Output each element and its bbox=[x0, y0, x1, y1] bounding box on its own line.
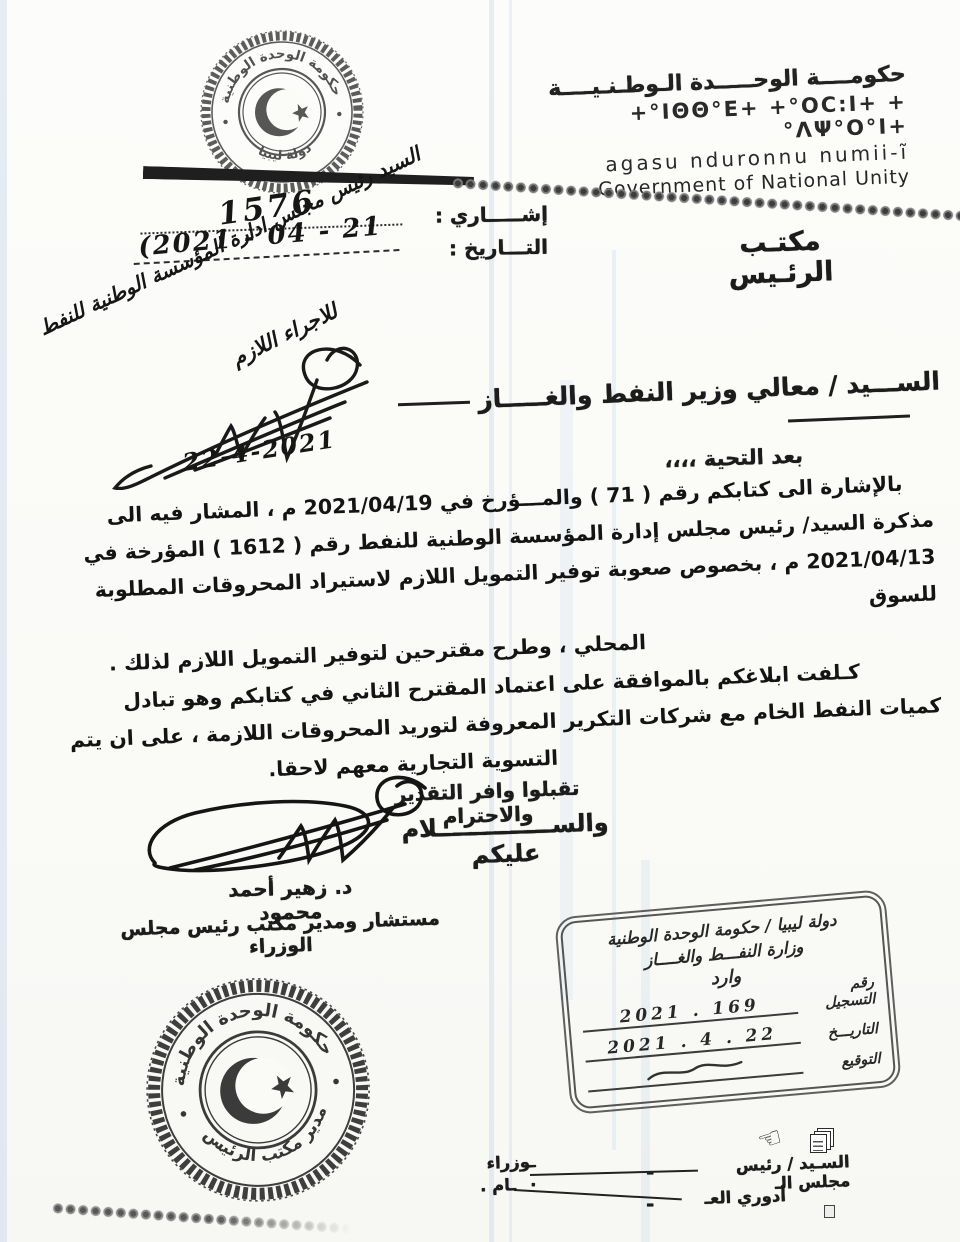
government-seal-bottom: حكومة الوحدة الوطنية مدير مكتب الرئيس bbox=[118, 950, 397, 1229]
letterhead: حكومــــة الوحـــــدة الـوطـنـيــــة +°Ι… bbox=[506, 62, 911, 205]
signature-scribble bbox=[125, 768, 455, 893]
svg-text:دولة ليبيا: دولة ليبيا bbox=[255, 140, 315, 166]
incoming-stamp-box: دولة ليبيا / حكومة الوحدة الوطنية وزارة … bbox=[559, 894, 896, 1109]
recipient-leading-dash bbox=[398, 401, 470, 407]
crescent-star-icon bbox=[214, 1050, 299, 1130]
stamp-date-label: التاريـــخ bbox=[799, 1020, 878, 1044]
letter-body: بالإشارة الى كتابكم رقم ( 71 ) والمـــؤر… bbox=[52, 464, 943, 796]
reference-label: إشـــــاري : bbox=[398, 202, 548, 229]
date-label: التـــاريخ : bbox=[398, 235, 548, 262]
scanned-letter-page: حكومة الوحدة الوطنية دولة ليبيا حكومــــ… bbox=[0, 0, 960, 1242]
cc-row2-end: ـام . bbox=[468, 1175, 517, 1196]
office-title: مكتـب الرئـيس bbox=[687, 224, 874, 292]
stamp-reg-label: رقم التسجيل bbox=[795, 973, 876, 1014]
recipient-underline bbox=[788, 415, 910, 422]
seal-top-ring-bottom-text: دولة ليبيا bbox=[255, 140, 315, 166]
cc-row1-line bbox=[530, 1170, 698, 1177]
cc-row2-line bbox=[514, 1189, 682, 1201]
crescent-star-icon bbox=[253, 86, 310, 138]
pointing-hand-icon: ☞ bbox=[754, 1121, 787, 1158]
stamp-signature-label: التوقيع bbox=[802, 1050, 881, 1074]
recipient-line: الســـيد / معالي وزير النفط والغـــــاز bbox=[462, 366, 941, 414]
scan-mark bbox=[824, 1205, 835, 1218]
scan-streak bbox=[0, 0, 7, 1242]
signer-title: مستشار ومدير مكتب رئيس مجلس الوزراء bbox=[97, 907, 463, 964]
cc-row2-text: أدوري العـ bbox=[676, 1186, 787, 1209]
